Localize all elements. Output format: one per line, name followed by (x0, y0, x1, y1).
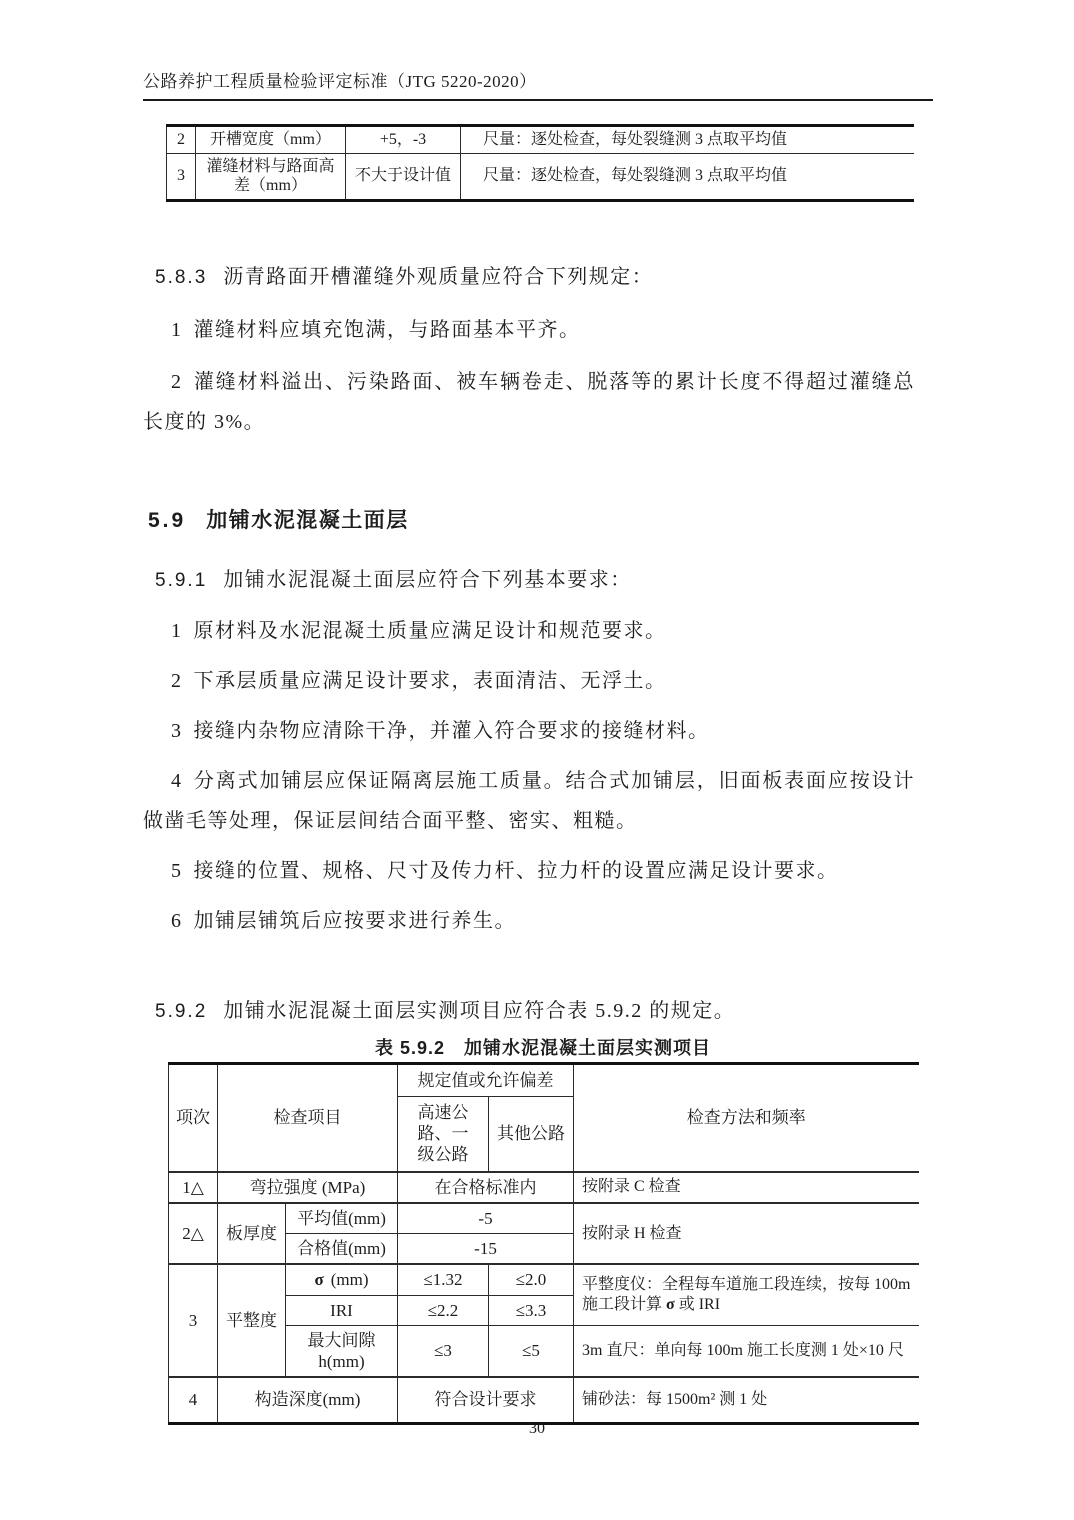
list-item: 6加铺层铺筑后应按要求进行养生。 (143, 901, 915, 941)
page-number: 30 (0, 1420, 1074, 1438)
cell-tolerance-expressway: ≤3 (398, 1325, 489, 1377)
page-content: 公路养护工程质量检验评定标准（JTG 5220-2020） 2 开槽宽度（mm）… (143, 0, 933, 1425)
cell-tolerance-other: ≤3.3 (489, 1295, 574, 1325)
cell-method: 3m 直尺：单向每 100m 施工长度测 1 处×10 尺 (574, 1325, 919, 1377)
cell-check-item: 平整度 (218, 1264, 286, 1377)
cell-sub-item: 最大间隙h(mm) (286, 1325, 398, 1377)
header-cell-other-road: 其他公路 (489, 1096, 574, 1171)
item-number: 5 (171, 860, 183, 882)
table-row-thickness-mean: 2△ 板厚度 平均值(mm) -5 按附录 H 检查 (169, 1203, 919, 1234)
list-item: 5接缝的位置、规格、尺寸及传力杆、拉力杆的设置应满足设计要求。 (143, 851, 915, 891)
cell-row-number: 4 (169, 1377, 218, 1423)
cell-row-number: 3 (167, 153, 196, 200)
cell-method: 铺砂法：每 1500m² 测 1 处 (574, 1377, 919, 1423)
header-row: 项次 检查项目 规定值或允许偏差 检查方法和频率 (169, 1063, 919, 1096)
cell-method: 尺量：逐处检查，每处裂缝测 3 点取平均值 (461, 153, 914, 200)
cell-check-item: 板厚度 (218, 1203, 286, 1265)
cell-tolerance-other: ≤5 (489, 1325, 574, 1377)
item-number: 4 (171, 770, 183, 792)
cell-check-item: 弯拉强度 (MPa) (218, 1172, 398, 1203)
cell-row-number: 2△ (169, 1203, 218, 1265)
cell-tolerance: -15 (398, 1234, 574, 1265)
item-number: 1 (171, 620, 183, 642)
cell-tolerance: 符合设计要求 (398, 1377, 574, 1423)
table-row-flatness-sigma: 3 平整度 σ(mm) ≤1.32 ≤2.0 平整度仪：全程每车道施工段连续，按… (169, 1264, 919, 1295)
section-title: 加铺水泥混凝土面层 (206, 509, 409, 532)
item-number: 2 (171, 670, 183, 692)
sigma-symbol: σ (314, 1270, 323, 1289)
cell-tolerance: 在合格标准内 (398, 1172, 574, 1203)
cell-row-number: 2 (167, 126, 196, 154)
table-row: 3 灌缝材料与路面高差（mm） 不大于设计值 尺量：逐处检查，每处裂缝测 3 点… (167, 153, 914, 200)
section-heading-591: 5.9.1加铺水泥混凝土面层应符合下列基本要求： (155, 560, 915, 601)
cell-tolerance: -5 (398, 1203, 574, 1234)
cell-tolerance: +5，-3 (346, 126, 461, 154)
item-text: 分离式加铺层应保证隔离层施工质量。结合式加铺层，旧面板表面应按设计做凿毛等处理，… (143, 770, 915, 832)
running-header: 公路养护工程质量检验评定标准（JTG 5220-2020） (143, 0, 933, 101)
item-text: 接缝的位置、规格、尺寸及传力杆、拉力杆的设置应满足设计要求。 (194, 860, 839, 882)
item-text: 原材料及水泥混凝土质量应满足设计和规范要求。 (194, 620, 667, 642)
sub-item-line: 最大间隙 (288, 1330, 395, 1351)
section-number: 5.9.2 (155, 1001, 207, 1022)
measured-items-table: 项次 检查项目 规定值或允许偏差 检查方法和频率 高速公路、一级公路 其他公路 … (168, 1062, 919, 1425)
continuation-table: 2 开槽宽度（mm） +5，-3 尺量：逐处检查，每处裂缝测 3 点取平均值 3… (166, 124, 914, 202)
section-number: 5.8.3 (155, 267, 207, 288)
method-text: 平整度仪：全程每车道施工段连续，按每 100m 施工段计算 (582, 1276, 910, 1313)
sub-item-line: h(mm) (288, 1351, 395, 1372)
item-number: 3 (171, 720, 183, 742)
section-title: 沥青路面开槽灌缝外观质量应符合下列规定： (223, 266, 653, 288)
cell-sub-item-sigma: σ(mm) (286, 1264, 398, 1295)
sigma-unit: (mm) (331, 1270, 369, 1289)
cell-method: 平整度仪：全程每车道施工段连续，按每 100m 施工段计算 σ 或 IRI (574, 1264, 919, 1325)
cell-sub-item: 平均值(mm) (286, 1203, 398, 1234)
section-number: 5.9 (148, 509, 186, 532)
header-cell-check-item: 检查项目 (218, 1063, 398, 1172)
list-item: 1原材料及水泥混凝土质量应满足设计和规范要求。 (143, 611, 915, 651)
cell-sub-item: 合格值(mm) (286, 1234, 398, 1265)
list-item: 3接缝内杂物应清除干净，并灌入符合要求的接缝材料。 (143, 711, 915, 751)
table-caption: 表 5.9.2 加铺水泥混凝土面层实测项目 (168, 1035, 918, 1061)
item-text: 灌缝材料溢出、污染路面、被车辆卷走、脱落等的累计长度不得超过灌缝总长度的 3%。 (143, 371, 915, 433)
list-item: 1灌缝材料应填充饱满，与路面基本平齐。 (143, 310, 915, 350)
cell-tolerance-expressway: ≤2.2 (398, 1295, 489, 1325)
item-text: 下承层质量应满足设计要求，表面清洁、无浮土。 (194, 670, 667, 692)
item-number: 2 (171, 371, 183, 393)
item-number: 1 (171, 319, 183, 341)
header-cell-expressway: 高速公路、一级公路 (398, 1096, 489, 1171)
item-text: 灌缝材料应填充饱满，与路面基本平齐。 (194, 319, 581, 341)
section-heading-592: 5.9.2加铺水泥混凝土面层实测项目应符合表 5.9.2 的规定。 (155, 991, 915, 1032)
table-row-strength: 1△ 弯拉强度 (MPa) 在合格标准内 按附录 C 检查 (169, 1172, 919, 1203)
item-number: 6 (171, 910, 183, 932)
section-title: 加铺水泥混凝土面层实测项目应符合表 5.9.2 的规定。 (223, 1000, 735, 1022)
cell-check-item: 灌缝材料与路面高差（mm） (196, 153, 346, 200)
table-row: 2 开槽宽度（mm） +5，-3 尺量：逐处检查，每处裂缝测 3 点取平均值 (167, 126, 914, 154)
header-cell-tolerance: 规定值或允许偏差 (398, 1063, 574, 1096)
section-number: 5.9.1 (155, 570, 207, 591)
list-item: 2灌缝材料溢出、污染路面、被车辆卷走、脱落等的累计长度不得超过灌缝总长度的 3%… (143, 362, 915, 442)
cell-tolerance-other: ≤2.0 (489, 1264, 574, 1295)
cell-sub-item: IRI (286, 1295, 398, 1325)
item-text: 接缝内杂物应清除干净，并灌入符合要求的接缝材料。 (194, 720, 710, 742)
list-item: 2下承层质量应满足设计要求，表面清洁、无浮土。 (143, 661, 915, 701)
cell-check-item: 开槽宽度（mm） (196, 126, 346, 154)
cell-method: 尺量：逐处检查，每处裂缝测 3 点取平均值 (461, 126, 914, 154)
table-row-texture: 4 构造深度(mm) 符合设计要求 铺砂法：每 1500m² 测 1 处 (169, 1377, 919, 1423)
cell-tolerance-expressway: ≤1.32 (398, 1264, 489, 1295)
cell-check-item: 构造深度(mm) (218, 1377, 398, 1423)
cell-method: 按附录 H 检查 (574, 1203, 919, 1265)
cell-row-number: 3 (169, 1264, 218, 1377)
document-page: 公路养护工程质量检验评定标准（JTG 5220-2020） 2 开槽宽度（mm）… (0, 0, 1074, 1520)
cell-tolerance: 不大于设计值 (346, 153, 461, 200)
section-heading-583: 5.8.3沥青路面开槽灌缝外观质量应符合下列规定： (155, 257, 915, 298)
cell-row-number: 1△ (169, 1172, 218, 1203)
header-cell-index: 项次 (169, 1063, 218, 1172)
header-cell-method: 检查方法和频率 (574, 1063, 919, 1172)
section-title: 加铺水泥混凝土面层应符合下列基本要求： (223, 569, 632, 591)
method-text: 或 IRI (675, 1296, 720, 1313)
section-heading-59: 5.9加铺水泥混凝土面层 (148, 504, 933, 538)
sigma-symbol: σ (666, 1296, 675, 1313)
item-text: 加铺层铺筑后应按要求进行养生。 (194, 910, 517, 932)
cell-method: 按附录 C 检查 (574, 1172, 919, 1203)
running-header-text: 公路养护工程质量检验评定标准（JTG 5220-2020） (143, 72, 537, 91)
list-item: 4分离式加铺层应保证隔离层施工质量。结合式加铺层，旧面板表面应按设计做凿毛等处理… (143, 761, 915, 841)
